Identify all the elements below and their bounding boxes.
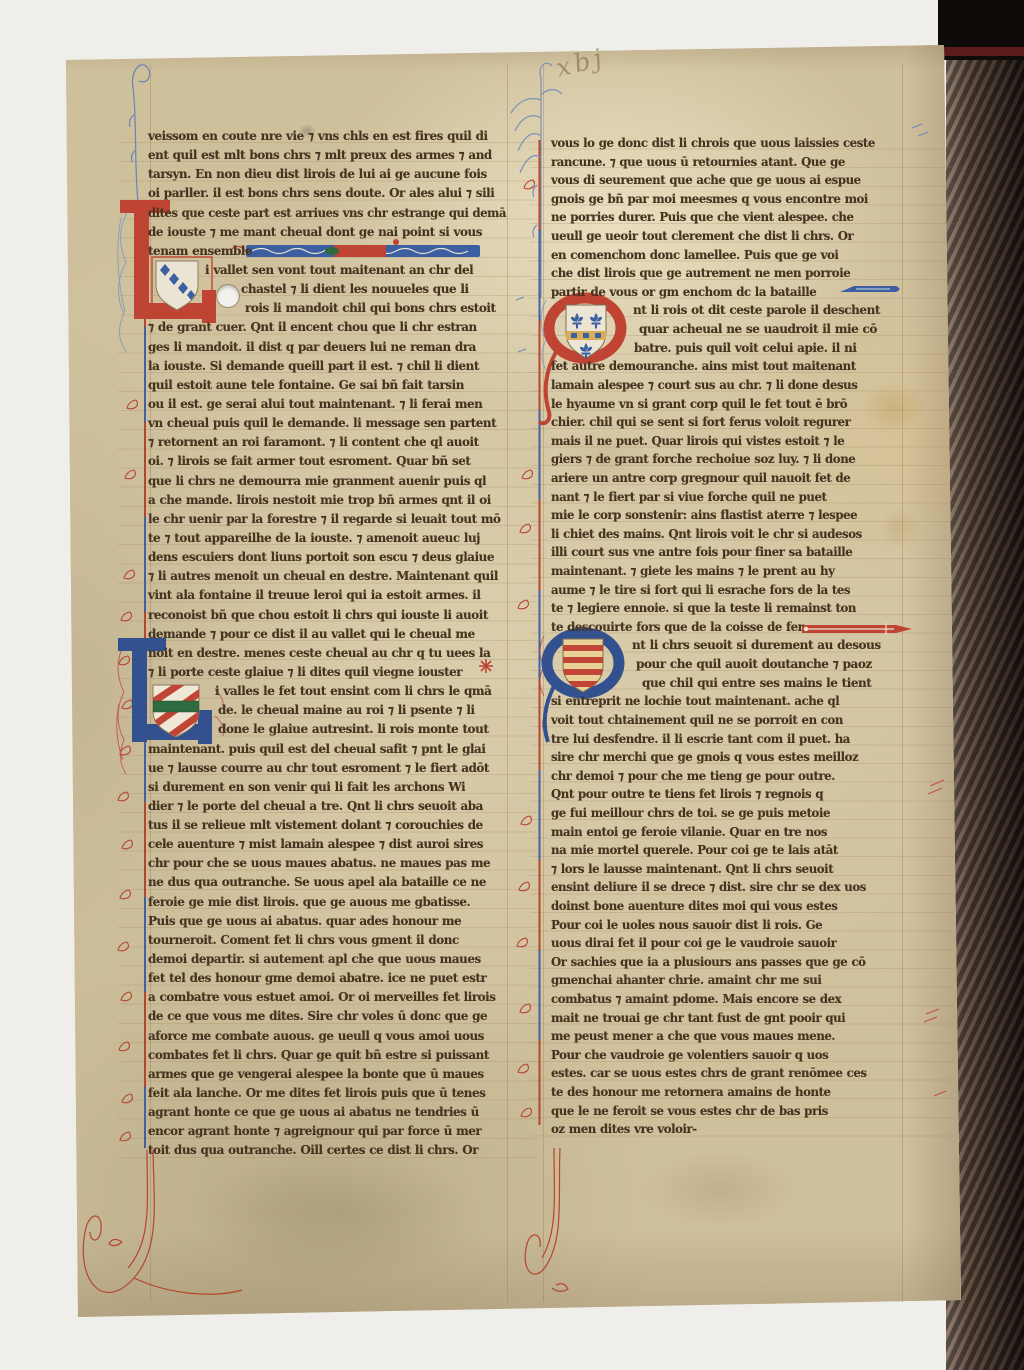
text-line: en comenchom donc lamellee. Puis que ge …: [551, 246, 903, 265]
text-line: ge fui meillour chrs de toi. se ge puis …: [551, 804, 903, 823]
text-line: li chiet des mains. Qnt lirois voit le c…: [551, 525, 903, 544]
text-line: illi court sus vne antre fois pour finer…: [551, 543, 903, 562]
text-line: le hyaume vn si grant corp quil le fet t…: [551, 395, 903, 414]
text-line: te ⁊ tout appareilhe de la iouste. ⁊ ame…: [148, 529, 506, 548]
text-line: nt li chrs seuoit si durement au desous: [551, 636, 911, 655]
text-line: encor agrant honte ⁊ agreignour qui par …: [148, 1122, 506, 1141]
text-line: tenam ensemble: [148, 242, 506, 261]
text-line: dens escuiers dont liuns portoit son esc…: [148, 548, 506, 567]
text-line: giers ⁊ de grant forche rechoiue soz luy…: [551, 450, 903, 469]
text-line: voit tout chtainement quil ne se porroit…: [551, 711, 903, 730]
text-line: i valles le fet tout ensint com li chrs …: [148, 682, 508, 701]
text-line: que li chrs ne demourra mie granment aue…: [148, 472, 506, 491]
text-column-left: veissom en coute nre vie ⁊ vns chls en e…: [148, 127, 508, 1161]
text-line: sire chr merchi que ge gnois q vous este…: [551, 748, 903, 767]
text-line: doinst bone auenture dites moi qui vous …: [551, 897, 903, 916]
text-line: armes que ge vengerai alespee la bonte q…: [148, 1065, 506, 1084]
text-line: quil estoit aune tele fontaine. Ge sai b…: [148, 376, 506, 395]
text-line: ariere un antre corp gregnour quil nauoi…: [551, 469, 903, 488]
text-line: cele auenture ⁊ mist lamain alespee ⁊ di…: [148, 835, 506, 854]
text-column-right: vous lo ge donc dist li chrois que uous …: [551, 134, 911, 1139]
text-line: reconoist bñ que chou estoit li chrs qui…: [148, 606, 506, 625]
text-line: i vallet sen vont tout maitenant an chr …: [148, 261, 508, 280]
parchment-punch-hole: [217, 285, 239, 307]
text-line: quar acheual ne se uaudroit il mie cō: [551, 320, 911, 339]
text-line: aume ⁊ le tire si fort qui li esrache fo…: [551, 581, 903, 600]
text-line: Qnt pour outre te tiens fet lirois ⁊ reg…: [551, 785, 903, 804]
frame-rule: [543, 64, 544, 1302]
text-line: feroie ge mie dist lirois. que ge auous …: [148, 893, 506, 912]
text-line: mais il ne puet. Quar lirois qui vistes …: [551, 432, 903, 451]
text-line: vn cheual puis quil le demande. li messa…: [148, 414, 506, 433]
manuscript-photo: veissom en coute nre vie ⁊ vns chls en e…: [0, 0, 1024, 1370]
text-line: chier. chil qui se sent si fort ferus vo…: [551, 413, 903, 432]
text-line: feit ala lanche. Or me dites fet lirois …: [148, 1084, 506, 1103]
text-line: si durement en son venir qui li fait les…: [148, 778, 506, 797]
text-line: Puis que ge uous ai abatus. quar ades ho…: [148, 912, 506, 931]
text-line: maintenant. puis quil est del cheual saf…: [148, 740, 506, 759]
text-line: toit dus qua outranche. Oill certes ce d…: [148, 1141, 506, 1160]
text-line: a combatre vous estuet amoi. Or oi merve…: [148, 988, 506, 1007]
text-line: nt li rois ot dit ceste parole il desche…: [551, 301, 911, 320]
text-line: que chil qui entre ses mains le tient: [551, 674, 911, 693]
text-line: te descouirte fors que de la coisse de f…: [551, 618, 903, 637]
text-line: vous di seurement que ache que ge uous a…: [551, 171, 903, 190]
text-line: lamain alespee ⁊ court sus au chr. ⁊ li …: [551, 376, 903, 395]
text-line: maintenant. ⁊ giete les mains ⁊ le prent…: [551, 562, 903, 581]
text-line: tus il se relieue mlt vistement dolant ⁊…: [148, 816, 506, 835]
text-line: de ce que vous me dites. Sire chr voles …: [148, 1007, 506, 1026]
text-line: dites que ceste part est arriues vns chr…: [148, 204, 495, 223]
text-line: ⁊ de grant cuer. Qnt il encent chou que …: [148, 318, 506, 337]
text-line: chr demoi ⁊ pour che me tieng ge pour ou…: [551, 767, 903, 786]
text-line: ⁊ li autres menoit un cheual en destre. …: [148, 567, 506, 586]
text-line: Pour coi le uoles nous sauoir dist li ro…: [551, 916, 903, 935]
text-line: demande ⁊ pour ce dist il au vallet qui …: [148, 625, 506, 644]
text-line: combates fet li chrs. Quar ge quit bñ es…: [148, 1046, 506, 1065]
text-line: pour che quil auoit doutanche ⁊ paoz: [551, 655, 911, 674]
stain: [640, 1150, 800, 1230]
text-line: te ⁊ legiere ennoie. si que la teste li …: [551, 599, 903, 618]
edge-shading-top: [66, 45, 946, 71]
text-line: fet tel des honour gme demoi abatre. ice…: [148, 969, 506, 988]
text-line: noit en destre. menes ceste cheual au ch…: [148, 644, 506, 663]
text-line: vint ala fontaine il treuue leroi qui ia…: [148, 586, 506, 605]
text-line: que le ne feroit se vous estes chr de ba…: [551, 1102, 903, 1121]
text-line: main entoi ge feroie vilanie. Quar en tr…: [551, 823, 903, 842]
text-line: mie le corp sonstenir: ains flastist ate…: [551, 506, 903, 525]
text-line: ne porries durer. Puis que che vient ale…: [551, 208, 903, 227]
text-line: ne dus qua outranche. Se uous apel ala b…: [148, 873, 506, 892]
text-line: me peust mener a che que vous maues mene…: [551, 1027, 903, 1046]
text-line: ⁊ retornent an roi faramont. ⁊ li conten…: [148, 433, 506, 452]
text-line: ges li mandoit. il dist q par deuers lui…: [148, 338, 506, 357]
stain: [196, 1150, 486, 1280]
text-line: de. le cheual maine au roi ⁊ li psente ⁊…: [148, 701, 508, 720]
text-line: nant ⁊ le fiert par si viue forche quil …: [551, 488, 903, 507]
text-line: fet autre demouranche. ains mist tout ma…: [551, 357, 903, 376]
text-line: Pour che vaudroie ge volentiers sauoir q…: [551, 1046, 903, 1065]
text-line: de iouste ⁊ me mant cheual dont ge nai p…: [148, 223, 506, 242]
text-line: na mie mortel querele. Pour coi ge te la…: [551, 841, 903, 860]
text-line: chr pour che se uous maues abatus. ne ma…: [148, 854, 506, 873]
text-line: le chr uenir par la forestre ⁊ il regard…: [148, 510, 506, 529]
text-line: la iouste. Si demande queill part il est…: [148, 357, 506, 376]
text-line: rancune. ⁊ que uous ū retournies atant. …: [551, 153, 903, 172]
text-line: gmenchai ahanter chrie. amaint chr me su…: [551, 971, 903, 990]
text-line: ou il est. ge serai alui tout maintenant…: [148, 395, 506, 414]
text-line: tourneroit. Coment fet li chrs vous gmen…: [148, 931, 506, 950]
edge-shading-bottom: [70, 1230, 960, 1318]
text-line: aforce me combate auous. ge ueull q vous…: [148, 1027, 506, 1046]
text-line: tarsyn. En non dieu dist lirois de lui a…: [148, 165, 506, 184]
text-line: ue ⁊ lausse courre au chr tout esroment …: [148, 759, 506, 778]
text-line: veissom en coute nre vie ⁊ vns chls en e…: [148, 127, 506, 146]
spine-red-band: [938, 47, 1024, 56]
text-line: rois li mandoit chil qui bons chrs estoi…: [148, 299, 508, 318]
text-line: dier ⁊ le porte del cheual a tre. Qnt li…: [148, 797, 506, 816]
text-line: si entreprit ne lochie tout maintenant. …: [551, 692, 903, 711]
text-line: partir de vous or gm enchom dc la batail…: [551, 283, 903, 302]
text-line: done le glaiue autresint. li rois monte …: [148, 720, 508, 739]
text-line: demoi departir. si autement apl che que …: [148, 950, 506, 969]
text-line: chastel ⁊ li dient les nouueles que li: [148, 280, 508, 299]
text-line: te des honour me retornera amains de hon…: [551, 1083, 903, 1102]
text-line: ueull ge ueoir tout clerement che dist l…: [551, 227, 903, 246]
text-line: oi parller. il est bons chrs sens doute.…: [148, 184, 506, 203]
text-line: ⁊ lors le lausse maintenant. Qnt li chrs…: [551, 860, 903, 879]
text-line: a che mande. lirois nestoit mie trop bñ …: [148, 491, 506, 510]
text-line: mait ne trouai ge chr tant fust de gnt p…: [551, 1009, 903, 1028]
text-line: combatus ⁊ amaint pdome. Mais encore se …: [551, 990, 903, 1009]
text-line: vous lo ge donc dist li chrois que uous …: [551, 134, 903, 153]
text-line: batre. puis quil voit celui apie. il ni: [551, 339, 911, 358]
text-line: gnois ge bñ par moi meesmes q vous encon…: [551, 190, 903, 209]
text-line: tre lui desfendre. il li escrie tant com…: [551, 730, 903, 749]
text-line: ent quil est mlt bons chrs ⁊ mlt preux d…: [148, 146, 506, 165]
text-line: ⁊ li porte ceste glaiue ⁊ li dites quil …: [148, 663, 506, 682]
text-line: oi. ⁊ lirois se fait armer tout esroment…: [148, 452, 506, 471]
text-line: che dist lirois que ge autrement ne men …: [551, 264, 903, 283]
text-line: oz men dites vre voloir-: [551, 1120, 903, 1139]
text-line: agrant honte ce que ge uous ai abatus ne…: [148, 1103, 506, 1122]
text-line: estes. car se uous estes chrs de grant r…: [551, 1064, 903, 1083]
text-line: ensint deliure il se drece ⁊ dist. sire …: [551, 878, 903, 897]
text-line: uous dirai fet il pour coi ge le vaudroi…: [551, 934, 903, 953]
text-line: Or sachies que ia a plusiours ans passes…: [551, 953, 903, 972]
